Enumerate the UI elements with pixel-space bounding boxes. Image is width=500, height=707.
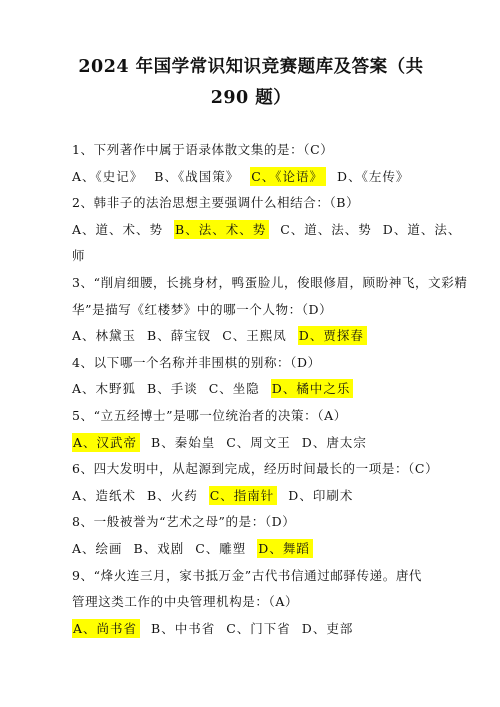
question-text: 5、“立五经博士”是哪一位统治者的决策：（A）	[72, 408, 347, 423]
answer-option: D、吏部	[302, 621, 354, 636]
answer-option: D、唐太宗	[302, 435, 367, 450]
question-text: 华”是描写《红楼梦》中的哪一个人物：（D）	[72, 302, 332, 317]
question-block: 8、一般被誉为“艺术之母”的是：（D）A、绘画B、戏剧C、雕塑D、舞蹈	[72, 509, 430, 562]
answer-option: 师	[72, 248, 86, 263]
question-text-line: 9、“烽火连三月，家书抵万金”古代书信通过邮驿传递。唐代	[72, 563, 430, 590]
highlighted-answer-option: D、舞蹈	[257, 539, 313, 558]
question-text: 2、韩非子的法治思想主要强调什么相结合：（B）	[72, 195, 359, 210]
options-line: A、汉武帝B、秦始皇C、周文王D、唐太宗	[72, 430, 430, 457]
highlighted-answer-option: C、《论语》	[250, 167, 326, 186]
highlighted-answer-option: A、尚书省	[72, 619, 140, 638]
question-text: 8、一般被誉为“艺术之母”的是：（D）	[72, 514, 295, 529]
answer-option: B、中书省	[151, 621, 215, 636]
title-line-1: 2024 年国学常识知识竞赛题库及答案（共	[78, 57, 423, 77]
options-line: A、绘画B、戏剧C、雕塑D、舞蹈	[72, 536, 430, 563]
answer-option: C、门下省	[226, 621, 291, 636]
answer-option: A、《史记》	[72, 169, 143, 184]
question-text-line: 5、“立五经博士”是哪一位统治者的决策：（A）	[72, 403, 430, 430]
options-line: A、林黛玉B、薛宝钗C、王熙凤D、贾探春	[72, 323, 430, 350]
highlighted-answer-option: B、法、术、势	[174, 220, 269, 239]
answer-option: C、周文王	[226, 435, 291, 450]
question-text-line: 管理这类工作的中央管理机构是：（A）	[72, 589, 430, 616]
answer-option: B、《战国策》	[154, 169, 239, 184]
answer-option: C、王熙凤	[222, 328, 287, 343]
question-block: 6、四大发明中，从起源到完成，经历时间最长的一项是：（C）A、造纸术B、火药C、…	[72, 456, 430, 509]
answer-option: B、秦始皇	[151, 435, 215, 450]
document-title: 2024 年国学常识知识竞赛题库及答案（共 290 题）	[72, 52, 430, 114]
question-block: 3、“削肩细腰，长挑身材，鸭蛋脸儿，俊眼修眉，顾盼神飞，文彩精华”是描写《红楼梦…	[72, 270, 430, 350]
question-text-line: 1、下列著作中属于语录体散文集的是：（C）	[72, 137, 430, 164]
question-text-line: 8、一般被誉为“艺术之母”的是：（D）	[72, 509, 430, 536]
answer-option: B、薛宝钗	[147, 328, 211, 343]
answer-option: C、雕塑	[195, 541, 246, 556]
answer-option: C、坐隐	[209, 381, 260, 396]
answer-option: D、《左传》	[337, 169, 409, 184]
question-text: 9、“烽火连三月，家书抵万金”古代书信通过邮驿传递。唐代	[72, 568, 422, 583]
answer-option: A、造纸术	[72, 488, 136, 503]
question-text: 4、以下哪一个名称并非围棋的别称：（D）	[72, 355, 321, 370]
question-text: 3、“削肩细腰，长挑身材，鸭蛋脸儿，俊眼修眉，顾盼神飞，文彩精	[72, 275, 467, 290]
highlighted-answer-option: D、贾探春	[298, 326, 367, 345]
answer-option: C、道、法、势	[280, 222, 372, 237]
title-line-2: 290 题）	[211, 88, 292, 108]
answer-option: D、道、法、	[383, 222, 462, 237]
question-text-line: 2、韩非子的法治思想主要强调什么相结合：（B）	[72, 190, 430, 217]
answer-option: B、火药	[147, 488, 198, 503]
answer-option: B、戏剧	[134, 541, 185, 556]
question-block: 9、“烽火连三月，家书抵万金”古代书信通过邮驿传递。唐代管理这类工作的中央管理机…	[72, 563, 430, 643]
answer-option: A、林黛玉	[72, 328, 136, 343]
options-line: A、《史记》B、《战国策》C、《论语》D、《左传》	[72, 164, 430, 191]
answer-option: A、绘画	[72, 541, 123, 556]
question-block: 2、韩非子的法治思想主要强调什么相结合：（B）A、道、术、势B、法、术、势C、道…	[72, 190, 430, 270]
question-block: 5、“立五经博士”是哪一位统治者的决策：（A）A、汉武帝B、秦始皇C、周文王D、…	[72, 403, 430, 456]
question-text: 管理这类工作的中央管理机构是：（A）	[72, 594, 298, 609]
answer-option: A、木野狐	[72, 381, 136, 396]
question-text: 1、下列著作中属于语录体散文集的是：（C）	[72, 142, 333, 157]
question-list: 1、下列著作中属于语录体散文集的是：（C）A、《史记》B、《战国策》C、《论语》…	[72, 137, 430, 642]
question-block: 4、以下哪一个名称并非围棋的别称：（D）A、木野狐B、手谈C、坐隐D、橘中之乐	[72, 350, 430, 403]
question-text-line: 华”是描写《红楼梦》中的哪一个人物：（D）	[72, 297, 430, 324]
options-line: 师	[72, 243, 430, 270]
question-text: 6、四大发明中，从起源到完成，经历时间最长的一项是：（C）	[72, 461, 438, 476]
highlighted-answer-option: D、橘中之乐	[271, 379, 354, 398]
options-line: A、道、术、势B、法、术、势C、道、法、势D、道、法、	[72, 217, 430, 244]
question-block: 1、下列著作中属于语录体散文集的是：（C）A、《史记》B、《战国策》C、《论语》…	[72, 137, 430, 190]
answer-option: D、印刷术	[288, 488, 353, 503]
options-line: A、木野狐B、手谈C、坐隐D、橘中之乐	[72, 376, 430, 403]
question-text-line: 4、以下哪一个名称并非围棋的别称：（D）	[72, 350, 430, 377]
options-line: A、造纸术B、火药C、指南针D、印刷术	[72, 483, 430, 510]
question-text-line: 3、“削肩细腰，长挑身材，鸭蛋脸儿，俊眼修眉，顾盼神飞，文彩精	[72, 270, 430, 297]
highlighted-answer-option: A、汉武帝	[72, 433, 140, 452]
highlighted-answer-option: C、指南针	[209, 486, 278, 505]
options-line: A、尚书省B、中书省C、门下省D、吏部	[72, 616, 430, 643]
document-page: 2024 年国学常识知识竞赛题库及答案（共 290 题） 1、下列著作中属于语录…	[0, 0, 500, 707]
answer-option: B、手谈	[147, 381, 198, 396]
answer-option: A、道、术、势	[72, 222, 163, 237]
question-text-line: 6、四大发明中，从起源到完成，经历时间最长的一项是：（C）	[72, 456, 430, 483]
